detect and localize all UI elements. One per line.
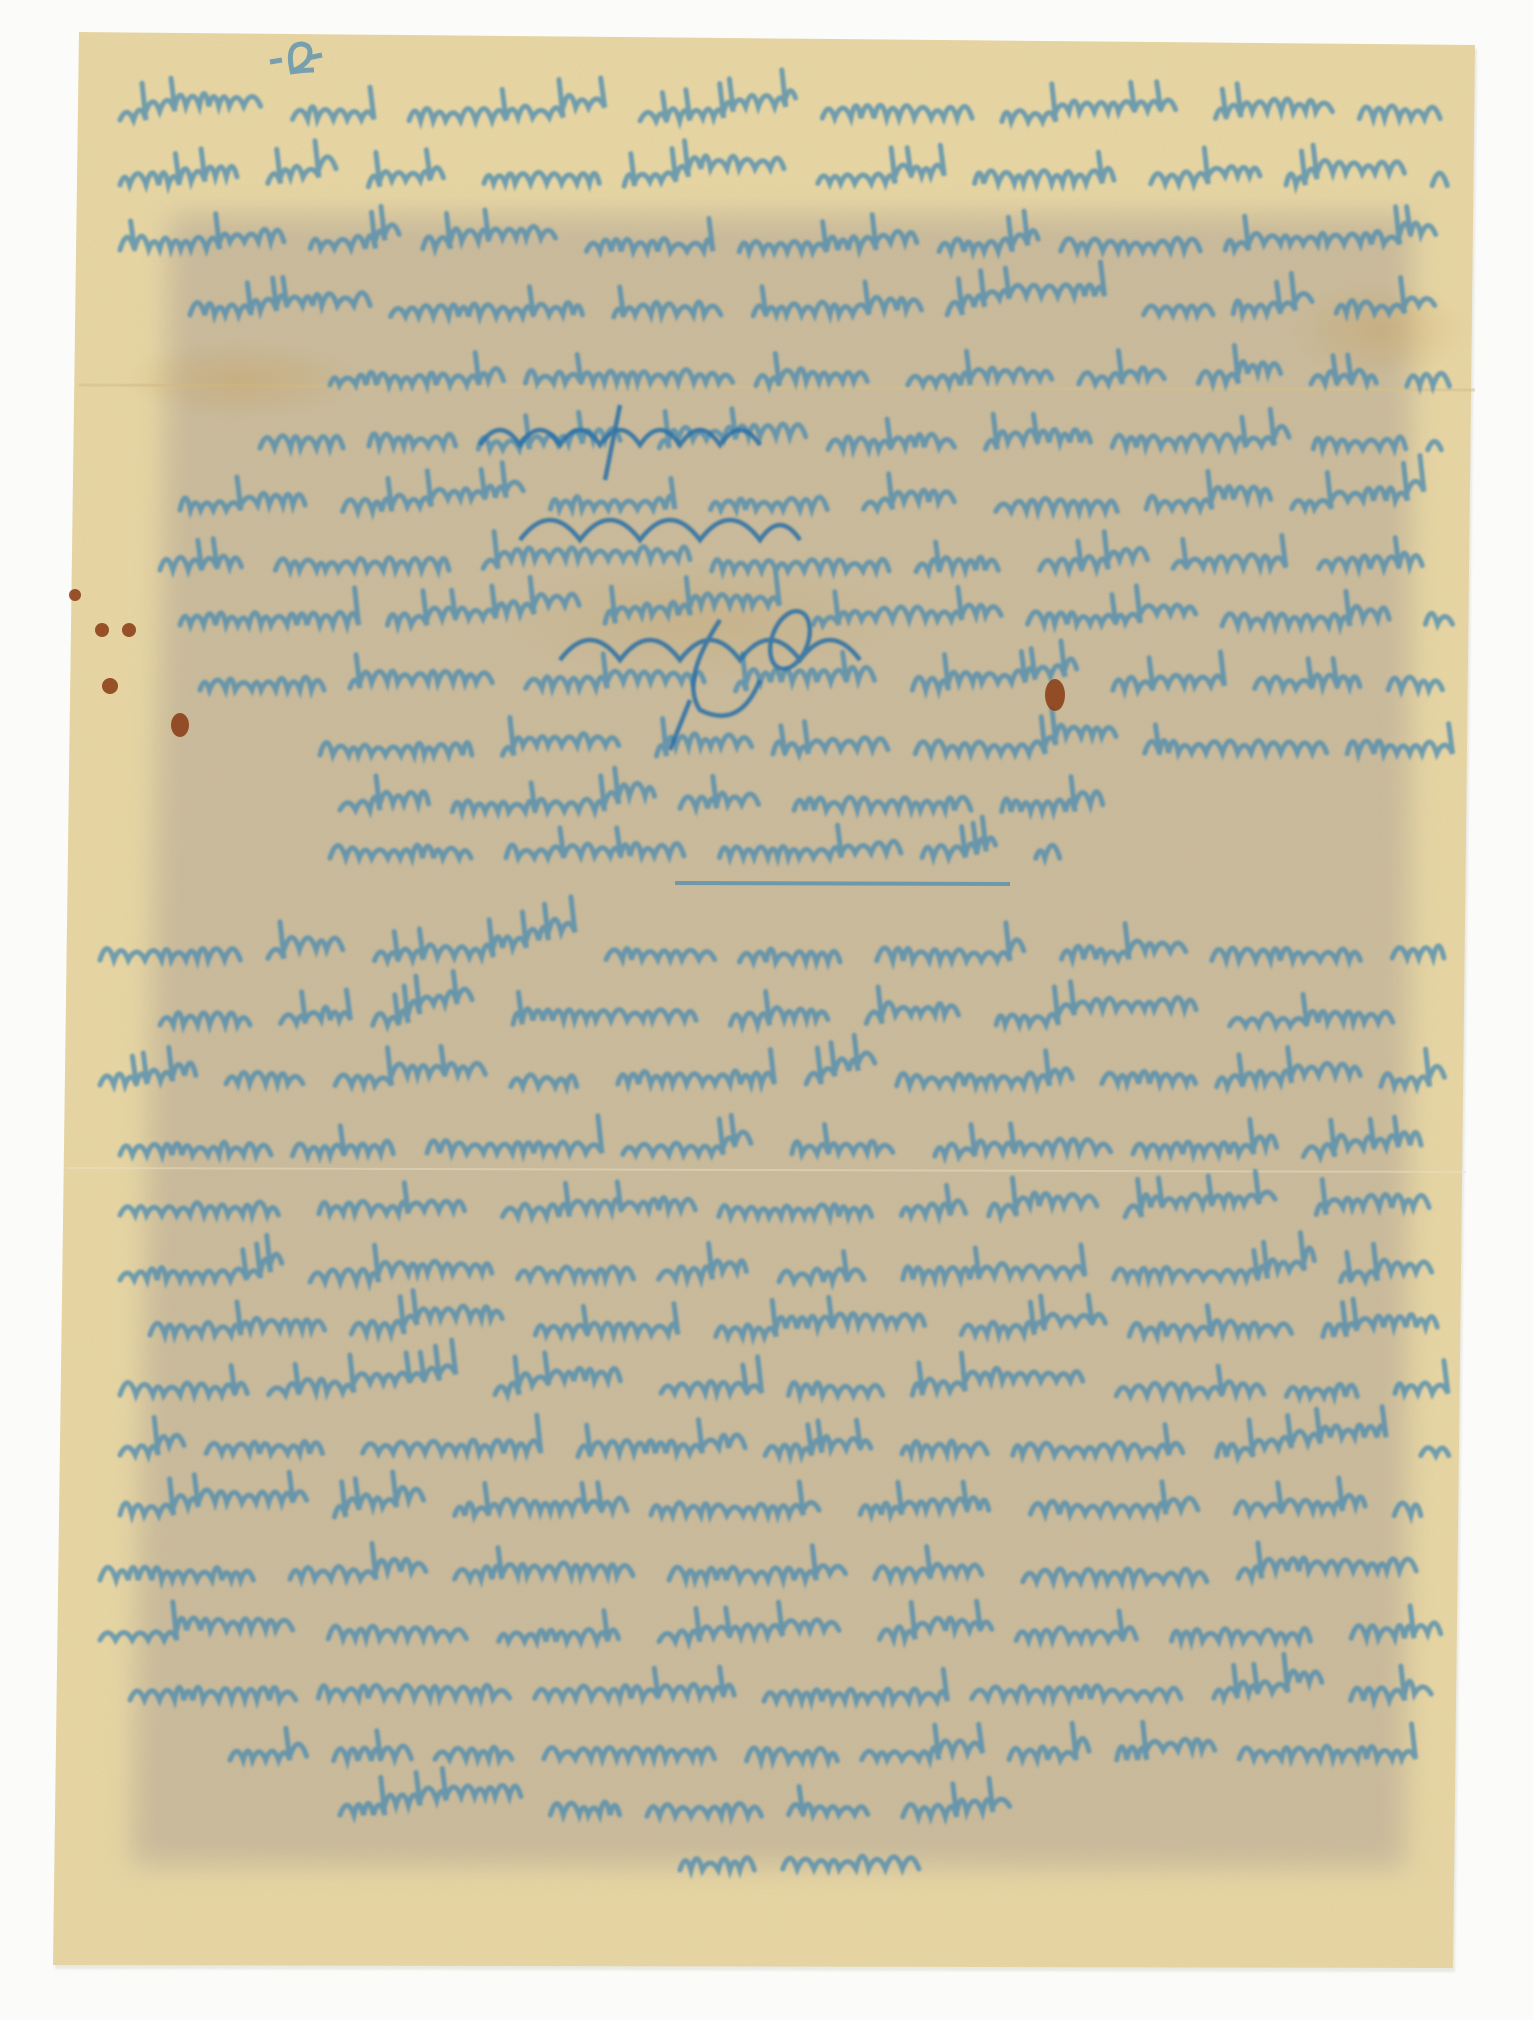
underline-mark (675, 883, 1010, 884)
paper-sheet (0, 0, 1533, 2020)
scanned-letter-page: - 2 - illegible (mirror-image bleed-thro… (0, 0, 1533, 2020)
